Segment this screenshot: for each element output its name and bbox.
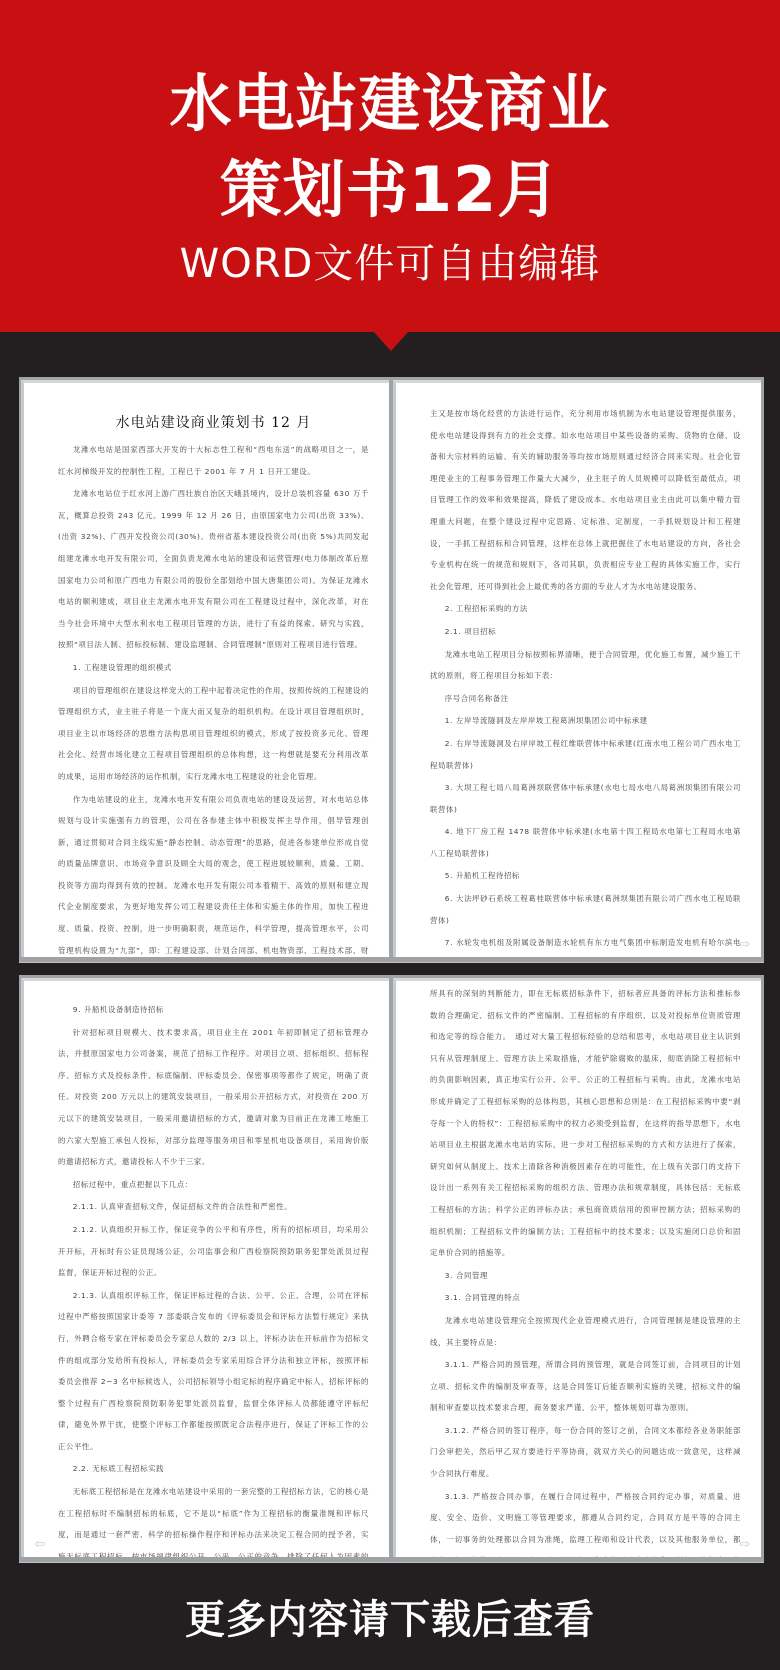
paragraph: 龙滩水电站是国家西部大开发的十大标志性工程和“西电东送”的战略项目之一，是红水河… — [58, 439, 369, 482]
download-prompt: 更多内容请下载后查看 — [0, 1590, 780, 1650]
header-banner: 水电站建设商业 策划书12月 WORD文件可自由编辑 — [0, 0, 780, 332]
page-content: 水电站建设商业策划书 12 月 龙滩水电站是国家西部大开发的十大标志性工程和“西… — [58, 383, 369, 957]
section-heading: 1. 工程建设管理的组织模式 — [58, 657, 369, 679]
paragraph: 针对招标项目规模大、技术要求高，项目业主在 2001 年初即制定了招标管理办法，… — [58, 1022, 369, 1173]
paragraph: 2.1.3. 认真组织评标工作，保证评标过程的合法、公平、公正、合理，公司在评标… — [58, 1285, 369, 1458]
section-heading: 9. 升船机设备制造待招标 — [58, 999, 369, 1021]
paragraph: 6. 大法坪砂石系统工程葛桂联营体中标承建(葛洲坝集团有限公司广西水电工程局联营… — [430, 888, 741, 931]
banner-notch-pointer — [373, 331, 409, 351]
section-heading: 序号合同名称备注 — [430, 688, 741, 710]
document-page-4: 所具有的深刻的判断能力，即在无标底招标条件下，招标者应具备的评标方法和推标参数的… — [393, 978, 761, 1557]
section-heading: 3.1. 合同管理的特点 — [430, 1287, 741, 1309]
paragraph: 3. 大坝工程七局八局葛洲坝联营体中标承建(水电七局水电八局葛洲坝集团有限公司联… — [430, 777, 741, 820]
section-heading: 2.1. 项目招标 — [430, 621, 741, 643]
page-content: 所具有的深刻的判断能力，即在无标底招标条件下，招标者应具备的评标方法和推标参数的… — [430, 983, 741, 1557]
paragraph: 龙滩水电站工程项目分标按照标界清晰，便于合同管理，优化施工布置，减少施工干扰的原… — [430, 644, 741, 687]
next-page-arrow-icon[interactable]: ⇨ — [737, 939, 753, 951]
section-heading: 2.2. 无标底工程招标实践 — [58, 1458, 369, 1480]
section-heading: 招标过程中，重点把握以下几点： — [58, 1174, 369, 1196]
paragraph: 龙滩水电站位于红水河上游广西壮族自治区天峨县境内，设计总装机容量 630 万千瓦… — [58, 483, 369, 656]
banner-title-line-2: 策划书12月 — [0, 150, 780, 230]
section-heading: 5. 升船机工程待招标 — [430, 865, 741, 887]
document-title: 水电站建设商业策划书 12 月 — [58, 413, 369, 433]
prev-page-arrow-icon[interactable]: ⇦ — [32, 1539, 48, 1551]
document-spread-2: 9. 升船机设备制造待招标针对招标项目规模大、技术要求高，项目业主在 2001 … — [19, 975, 764, 1562]
section-heading: 2.1.1. 认真审查招标文件，保证招标文件的合法性和严密性。 — [58, 1196, 369, 1218]
section-heading: 3. 合同管理 — [430, 1265, 741, 1287]
page-content: 9. 升船机设备制造待招标针对招标项目规模大、技术要求高，项目业主在 2001 … — [58, 999, 369, 1557]
document-page-2: 主又是按市场化经营的方法进行运作，充分利用市场机制为水电站建设管理提供服务，使水… — [393, 380, 761, 957]
paragraph: 作为电站建设的业主，龙滩水电开发有限公司负责电站的建设及运营，对水电站总体规划与… — [58, 789, 369, 958]
section-heading: 2. 工程招标采购的方法 — [430, 598, 741, 620]
document-page-3: 9. 升船机设备制造待招标针对招标项目规模大、技术要求高，项目业主在 2001 … — [21, 978, 389, 1557]
next-page-arrow-icon[interactable]: ⇨ — [737, 1539, 753, 1551]
paragraph: 龙滩水电站建设管理完全按照现代企业管理模式进行，合同管理制是建设管理的主线，其主… — [430, 1310, 741, 1353]
banner-title-line-1: 水电站建设商业 — [0, 64, 780, 144]
paragraph: 主又是按市场化经营的方法进行运作，充分利用市场机制为水电站建设管理提供服务，使水… — [430, 403, 741, 597]
paragraph: 7. 水轮发电机组及附属设备制造水轮机有东方电气集团中标制造发电机有哈尔滨电机有… — [430, 932, 741, 957]
paragraph: 所具有的深刻的判断能力，即在无标底招标条件下，招标者应具备的评标方法和推标参数的… — [430, 983, 741, 1264]
section-heading: 1. 左岸导流隧洞及左岸岸坡工程葛洲坝集团公司中标承建 — [430, 710, 741, 732]
paragraph: 2.1.2. 认真组织开标工作，保证竞争的公平和有序性，所有的招标项目，均采用公… — [58, 1219, 369, 1284]
document-page-1: 水电站建设商业策划书 12 月 龙滩水电站是国家西部大开发的十大标志性工程和“西… — [21, 380, 389, 957]
paragraph: 3.1.1. 严格合同的预管理，所谓合同的预管理，就是合同签订前，合同项目的计划… — [430, 1354, 741, 1419]
paragraph: 2. 右岸导流隧洞及右岸岸坡工程红维联营体中标承建(红南水电工程公司广西水电工程… — [430, 733, 741, 776]
paragraph: 3.1.3. 严格按合同办事，在履行合同过程中，严格按合同约定办事，对质量、进度… — [430, 1486, 741, 1557]
page-content: 主又是按市场化经营的方法进行运作，充分利用市场机制为水电站建设管理提供服务，使水… — [430, 403, 741, 957]
paragraph: 3.1.2. 严格合同的签订程序，每一份合同的签订之前，合同文本都经各业务职能部… — [430, 1420, 741, 1485]
banner-subtitle: WORD文件可自由编辑 — [0, 236, 780, 292]
paragraph: 项目的管理组织在建设这样宠大的工程中起着决定性的作用，按照传统的工程建设的管理组… — [58, 680, 369, 788]
document-spread-1: 水电站建设商业策划书 12 月 龙滩水电站是国家西部大开发的十大标志性工程和“西… — [19, 377, 764, 962]
paragraph: 4. 地下厂房工程 1478 联营体中标承建(水电第十四工程局水电第七工程局水电… — [430, 821, 741, 864]
paragraph: 无标底工程招标是在龙滩水电站建设中采用的一套完整的工程招标方法，它的核心是在工程… — [58, 1481, 369, 1557]
